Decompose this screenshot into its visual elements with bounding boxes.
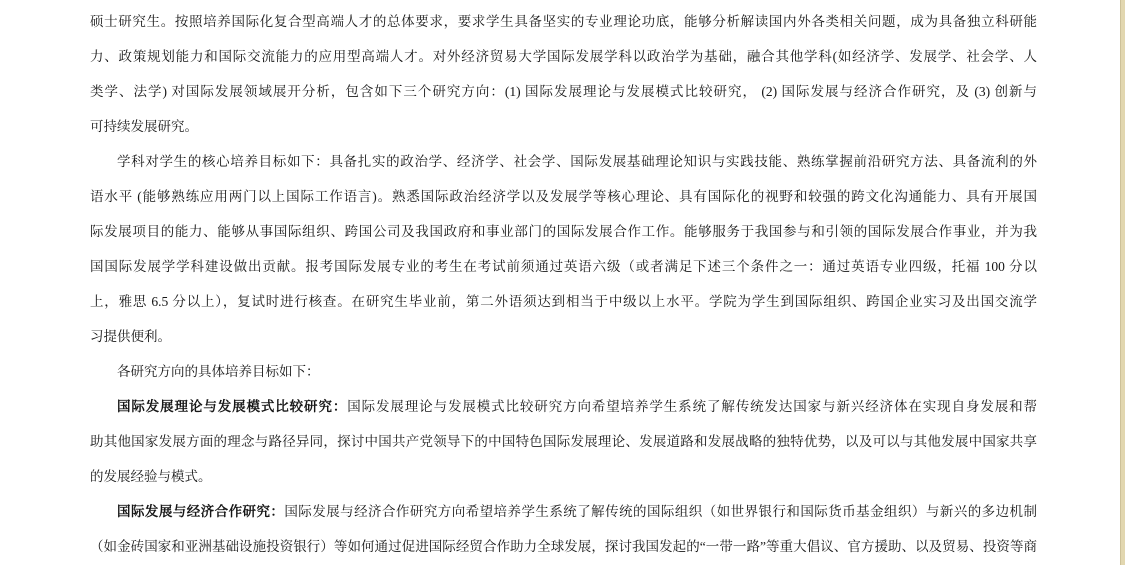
text-line: 硕士研究生。按照培养国际化复合型高端人才的总体要求，要求学生具备坚实的专业理论功… — [90, 4, 1037, 39]
text-run: 助其他国家发展方面的理念与路径异同，探讨中国共产党领导下的中国特色国际发展理论、… — [90, 434, 1037, 449]
text-run: 各研究方向的具体培养目标如下： — [117, 364, 320, 379]
text-line: 助其他国家发展方面的理念与路径异同，探讨中国共产党领导下的中国特色国际发展理论、… — [90, 424, 1037, 459]
text-run: 力、政策规划能力和国际交流能力的应用型高端人才。对外经济贸易大学国际发展学科以政… — [90, 49, 1037, 64]
text-run: 国际发展与经济合作研究方向希望培养学生系统了解传统的国际组织（如世界银行和国际货… — [284, 504, 1037, 519]
text-line: （如金砖国家和亚洲基础设施投资银行）等如何通过促进国际经贸合作助力全球发展，探讨… — [90, 529, 1037, 564]
text-line: 力、政策规划能力和国际交流能力的应用型高端人才。对外经济贸易大学国际发展学科以政… — [90, 39, 1037, 74]
text-run: （如金砖国家和亚洲基础设施投资银行）等如何通过促进国际经贸合作助力全球发展，探讨… — [90, 539, 1037, 554]
text-run: 硕士研究生。按照培养国际化复合型高端人才的总体要求，要求学生具备坚实的专业理论功… — [90, 14, 1037, 29]
text-line: 学科对学生的核心培养目标如下：具备扎实的政治学、经济学、社会学、国际发展基础理论… — [90, 144, 1037, 179]
document-text: 硕士研究生。按照培养国际化复合型高端人才的总体要求，要求学生具备坚实的专业理论功… — [90, 4, 1037, 564]
text-run: 习提供便利。 — [90, 329, 171, 344]
bold-run: 国际发展理论与发展模式比较研究： — [117, 399, 347, 414]
text-line: 各研究方向的具体培养目标如下： — [90, 354, 1037, 389]
text-line: 类学、法学) 对国际发展领域展开分析，包含如下三个研究方向：(1) 国际发展理论… — [90, 74, 1037, 109]
text-line: 国际发展与经济合作研究：国际发展与经济合作研究方向希望培养学生系统了解传统的国际… — [90, 494, 1037, 529]
text-run: 国国际发展学学科建设做出贡献。报考国际发展专业的考生在考试前须通过英语六级（或者… — [90, 259, 1037, 274]
text-run: 学科对学生的核心培养目标如下：具备扎实的政治学、经济学、社会学、国际发展基础理论… — [117, 154, 1037, 169]
text-run: 可持续发展研究。 — [90, 119, 198, 134]
bold-run: 国际发展与经济合作研究： — [117, 504, 284, 519]
text-line: 语水平 (能够熟练应用两门以上国际工作语言)。熟悉国际政治经济学以及发展学等核心… — [90, 179, 1037, 214]
text-line: 的发展经验与模式。 — [90, 459, 1037, 494]
document-page: 硕士研究生。按照培养国际化复合型高端人才的总体要求，要求学生具备坚实的专业理论功… — [0, 0, 1125, 565]
text-line: 际发展项目的能力、能够从事国际组织、跨国公司及我国政府和事业部门的国际发展合作工… — [90, 214, 1037, 249]
text-run: 国际发展理论与发展模式比较研究方向希望培养学生系统了解传统发达国家与新兴经济体在… — [347, 399, 1037, 414]
text-run: 语水平 (能够熟练应用两门以上国际工作语言)。熟悉国际政治经济学以及发展学等核心… — [90, 189, 1037, 204]
text-line: 上，雅思 6.5 分以上），复试时进行核查。在研究生毕业前，第二外语须达到相当于… — [90, 284, 1037, 319]
text-run: 际发展项目的能力、能够从事国际组织、跨国公司及我国政府和事业部门的国际发展合作工… — [90, 224, 1037, 239]
text-run: 的发展经验与模式。 — [90, 469, 212, 484]
text-run: 类学、法学) 对国际发展领域展开分析，包含如下三个研究方向：(1) 国际发展理论… — [90, 84, 1037, 99]
text-line: 习提供便利。 — [90, 319, 1037, 354]
text-line: 国际发展理论与发展模式比较研究：国际发展理论与发展模式比较研究方向希望培养学生系… — [90, 389, 1037, 424]
page-edge-stripe — [1120, 0, 1125, 565]
text-run: 上，雅思 6.5 分以上），复试时进行核查。在研究生毕业前，第二外语须达到相当于… — [90, 294, 1037, 309]
text-line: 国国际发展学学科建设做出贡献。报考国际发展专业的考生在考试前须通过英语六级（或者… — [90, 249, 1037, 284]
text-line: 可持续发展研究。 — [90, 109, 1037, 144]
